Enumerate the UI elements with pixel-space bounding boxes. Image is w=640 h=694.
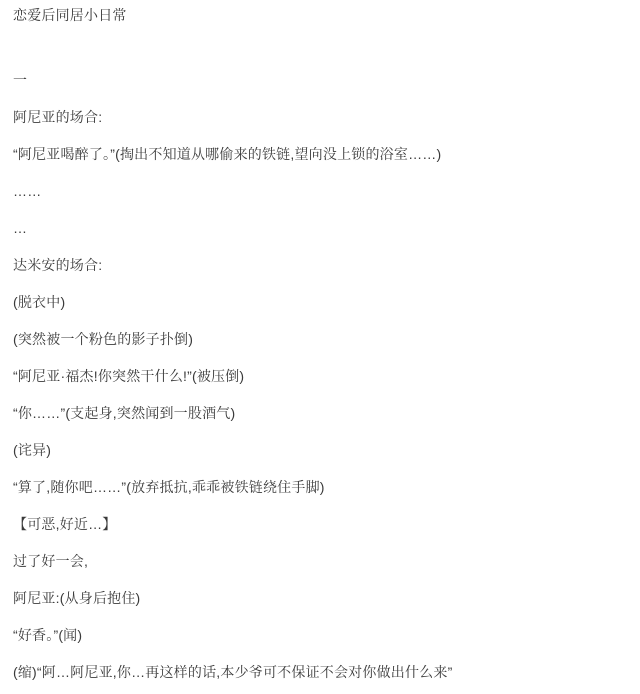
paragraph: 阿尼亚的场合:: [13, 110, 624, 124]
paragraph: (诧异): [13, 443, 624, 457]
paragraph: 达米安的场合:: [13, 258, 624, 272]
paragraph: “算了,随你吧……”(放弃抵抗,乖乖被铁链绕住手脚): [13, 480, 624, 494]
article-title: 恋爱后同居小日常: [13, 8, 624, 22]
paragraph: (脱衣中): [13, 295, 624, 309]
paragraph: 阿尼亚:(从身后抱住): [13, 591, 624, 605]
paragraph: 过了好一会,: [13, 554, 624, 568]
article-body: 恋爱后同居小日常 一 阿尼亚的场合: “阿尼亚喝醉了。”(掏出不知道从哪偷来的铁…: [0, 0, 640, 679]
paragraph: …: [13, 221, 624, 235]
paragraph: “好香。”(闻): [13, 628, 624, 642]
paragraph: (突然被一个粉色的影子扑倒): [13, 332, 624, 346]
chapter-marker: 一: [13, 73, 624, 87]
paragraph: ……: [13, 184, 624, 198]
paragraph: “你……”(支起身,突然闻到一股酒气): [13, 406, 624, 420]
paragraph: 【可恶,好近…】: [13, 517, 624, 531]
paragraph: “阿尼亚喝醉了。”(掏出不知道从哪偷来的铁链,望向没上锁的浴室……): [13, 147, 624, 161]
paragraph: (缩)“阿…阿尼亚,你…再这样的话,本少爷可不保证不会对你做出什么来”: [13, 665, 624, 679]
paragraph: “阿尼亚·福杰!你突然干什么!”(被压倒): [13, 369, 624, 383]
